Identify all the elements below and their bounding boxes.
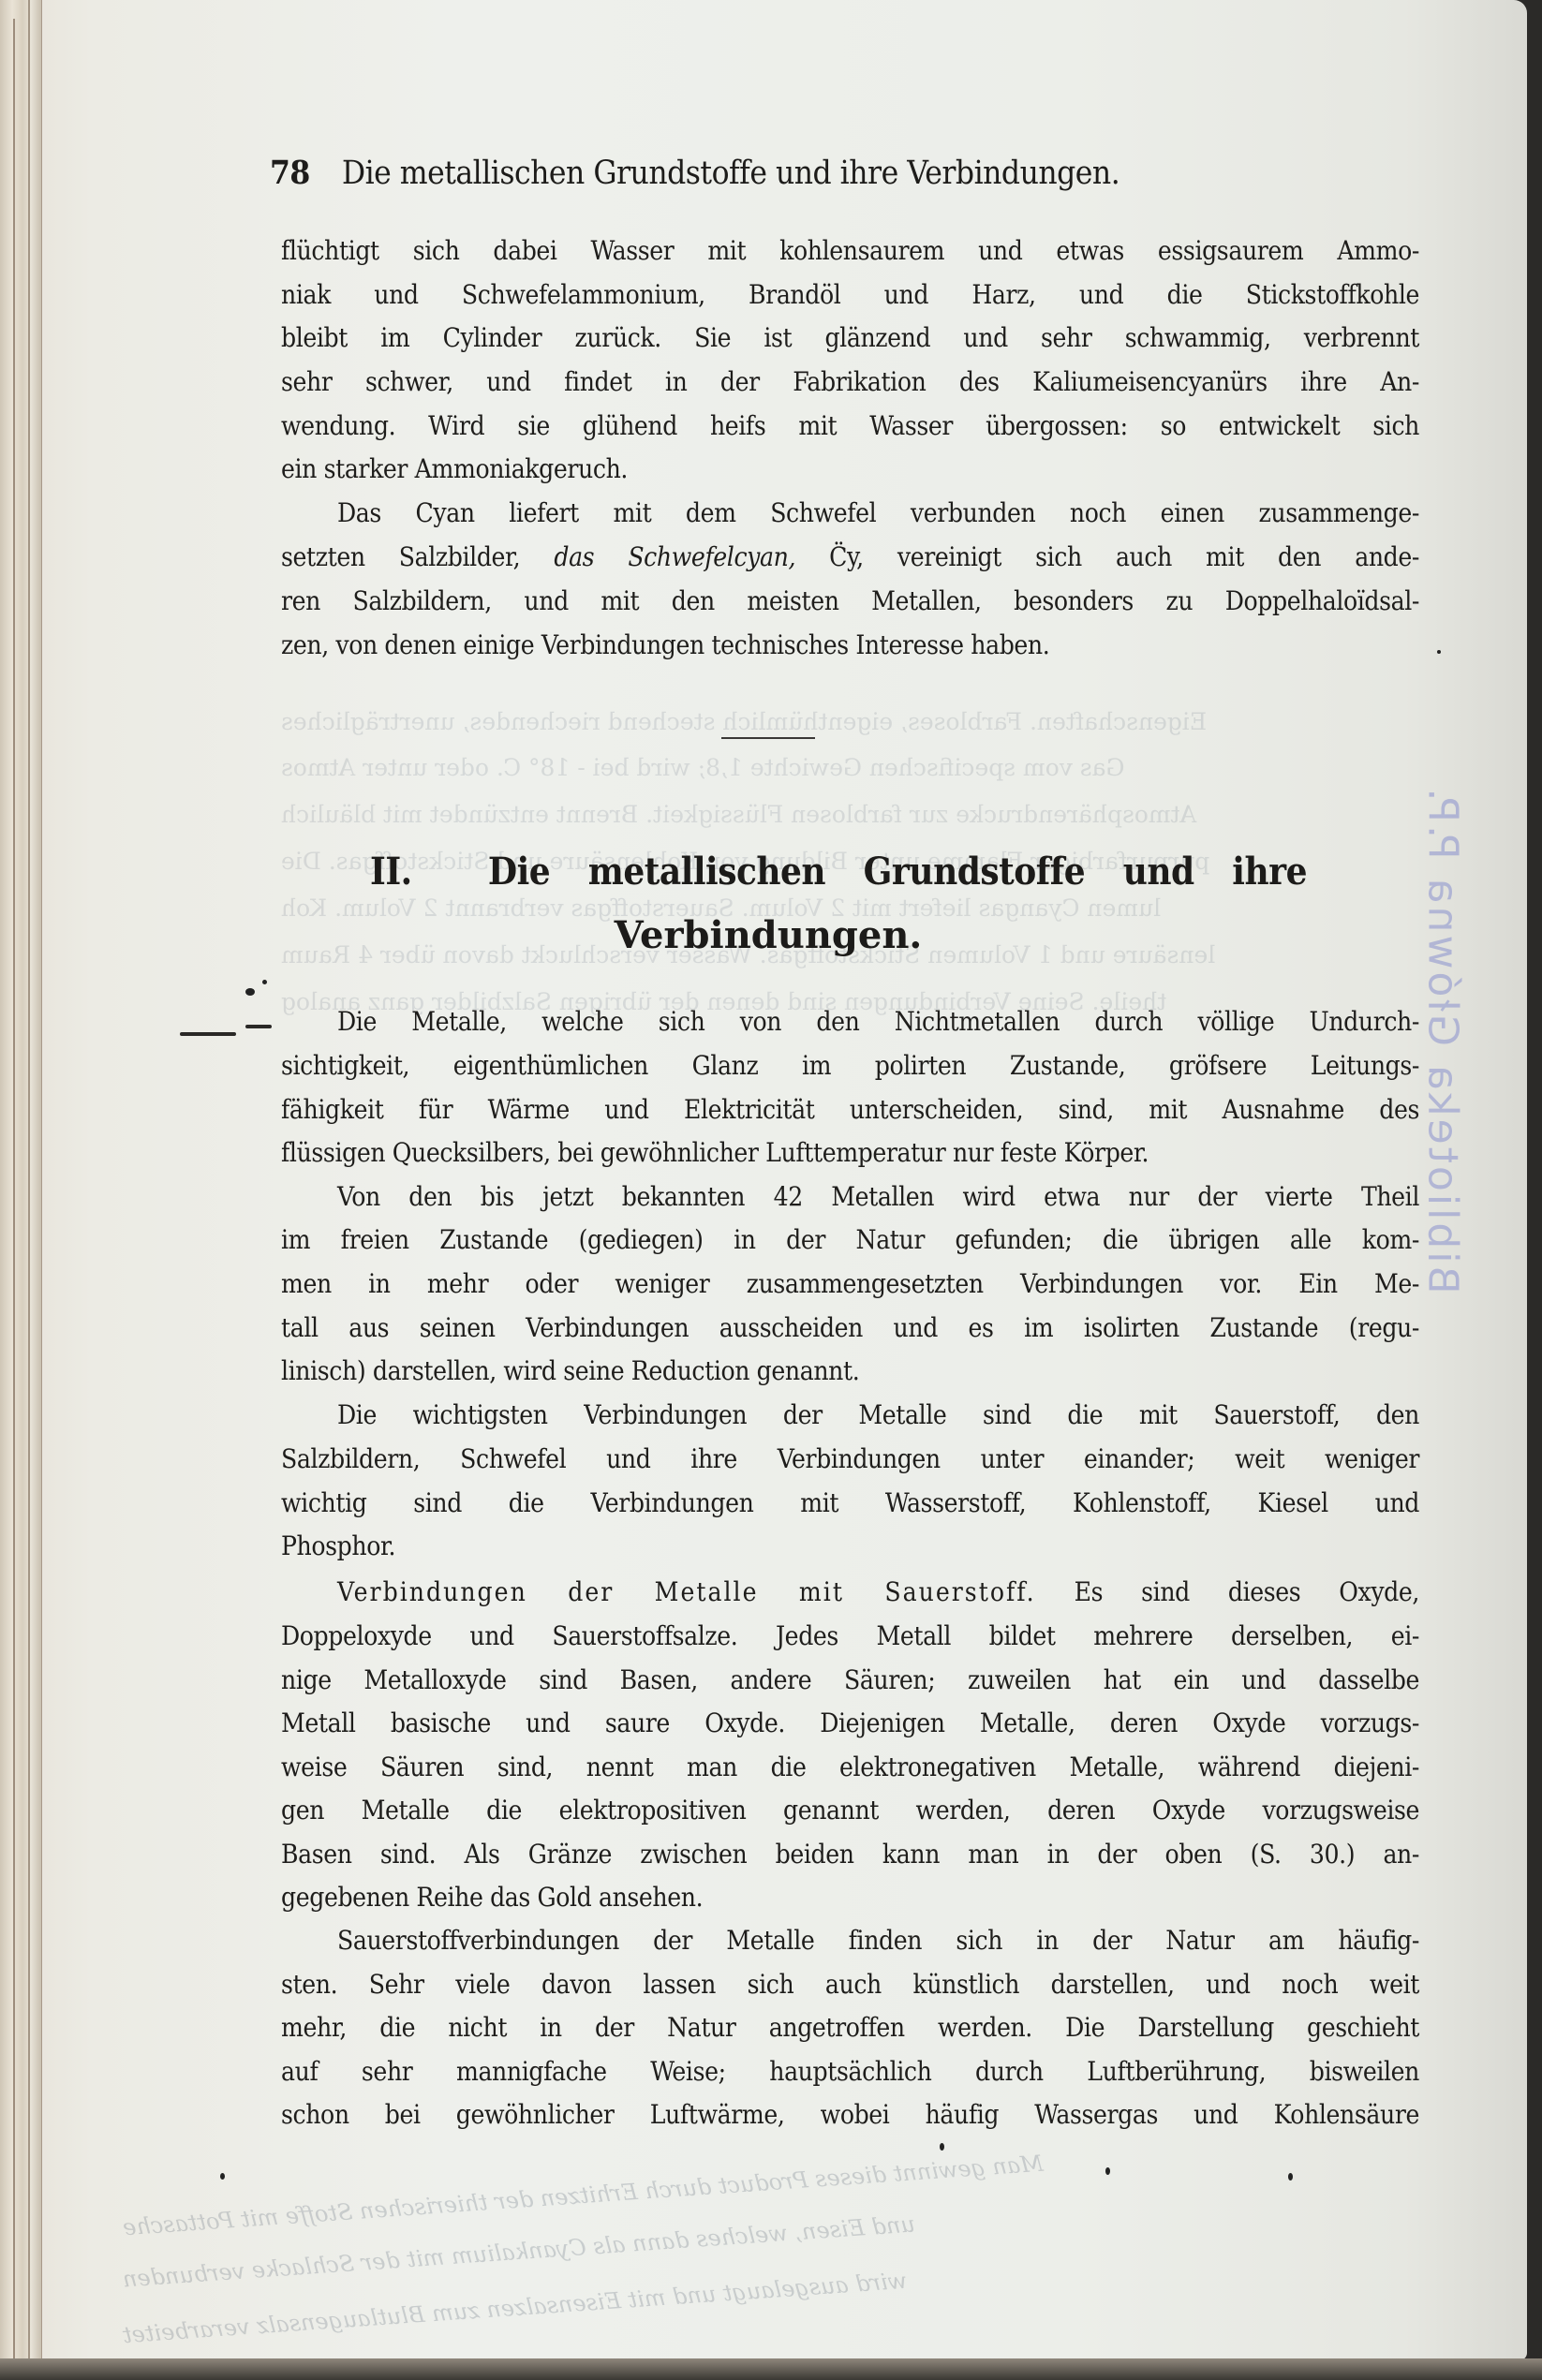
text-run: setzten Salzbilder,	[281, 541, 554, 572]
library-stamp-text: Biblioteka Główna P.P.	[1419, 785, 1467, 1293]
ink-dot	[245, 988, 255, 996]
text-line: wendung. Wird sie glühend heifs mit Wass…	[281, 410, 1419, 442]
text-line: fähigkeit für Wärme und Elektricität unt…	[281, 1094, 1419, 1126]
library-stamp: Biblioteka Główna P.P.	[1415, 712, 1471, 1367]
ink-dot	[262, 980, 267, 984]
text-line: wichtig sind die Verbindungen mit Wasser…	[281, 1487, 1419, 1519]
text-line: gegebenen Reihe das Gold ansehen.	[281, 1882, 1419, 1914]
italic-term: das Schwefelcyan,	[554, 541, 795, 572]
text-line: gen Metalle die elektropositiven genannt…	[281, 1795, 1419, 1826]
text-line: Verbindungen der Metalle mit Sauerstoff.…	[337, 1576, 1419, 1608]
section-divider-rule	[721, 737, 815, 739]
text-line: Von den bis jetzt bekannten 42 Metallen …	[337, 1181, 1419, 1213]
running-head: 78Die metallischen Grundstoffe und ihre …	[270, 154, 1282, 192]
ink-margin-mark	[245, 1025, 272, 1028]
text-line: linisch) darstellen, wird seine Reductio…	[281, 1355, 1419, 1387]
text-line: Doppeloxyde und Sauerstoffsalze. Jedes M…	[281, 1620, 1419, 1652]
ink-dot	[1105, 2167, 1110, 2175]
text-line: flüchtigt sich dabei Wasser mit kohlensa…	[281, 235, 1419, 267]
text-line: setzten Salzbilder, das Schwefelcyan, C̈…	[281, 541, 1419, 573]
ink-dot	[940, 2143, 944, 2151]
text-line: Salzbildern, Schwefel und ihre Verbindun…	[281, 1443, 1419, 1475]
text-line: bleibt im Cylinder zurück. Sie ist glänz…	[281, 322, 1419, 354]
text-line: niak und Schwefelammonium, Brandöl und H…	[281, 279, 1419, 311]
text-line: Basen sind. Als Gränze zwischen beiden k…	[281, 1839, 1419, 1870]
chemical-symbol: C̈y,	[795, 541, 864, 572]
text-line: zen, von denen einige Verbindungen techn…	[281, 629, 1419, 661]
spaced-heading-run: Verbindungen der Metalle mit Sauerstoff.	[337, 1576, 1036, 1607]
text-line: ren Salzbildern, und mit den meisten Met…	[281, 585, 1419, 617]
ink-dot	[1288, 2173, 1293, 2180]
text-line: tall aus seinen Verbindungen ausscheiden…	[281, 1312, 1419, 1344]
text-line: Metall basische und saure Oxyde. Diejeni…	[281, 1707, 1419, 1739]
text-line: Das Cyan liefert mit dem Schwefel verbun…	[337, 497, 1419, 529]
page-text: 78Die metallischen Grundstoffe und ihre …	[0, 0, 1542, 2380]
text-line: Die wichtigsten Verbindungen der Metalle…	[337, 1399, 1419, 1431]
text-run: vereinigt sich auch mit den ande-	[864, 541, 1419, 572]
text-line: Sauerstoffverbindungen der Metalle finde…	[337, 1925, 1419, 1957]
running-head-title: Die metallischen Grundstoffe und ihre Ve…	[342, 155, 1119, 192]
ink-dot	[220, 2173, 225, 2180]
text-line: Die Metalle, welche sich von den Nichtme…	[337, 1006, 1419, 1038]
text-line: sten. Sehr viele davon lassen sich auch …	[281, 1969, 1419, 2001]
section-title-line1: Die metallischen Grundstoffe und ihre	[488, 850, 1307, 894]
ink-margin-mark	[180, 1032, 236, 1036]
ink-dot	[646, 1238, 650, 1242]
text-run: Es sind dieses Oxyde,	[1036, 1576, 1419, 1607]
text-line: sehr schwer, und findet in der Fabrikati…	[281, 366, 1419, 398]
text-line: flüssigen Quecksilbers, bei gewöhnlicher…	[281, 1137, 1419, 1169]
page-number: 78	[270, 154, 310, 192]
section-heading: II. Die metallischen Grundstoffe und ihr…	[370, 850, 1307, 894]
text-line: sichtigkeit, eigenthümlichen Glanz im po…	[281, 1050, 1419, 1082]
text-line: schon bei gewöhnlicher Luftwärme, wobei …	[281, 2099, 1419, 2131]
text-line: mehr, die nicht in der Natur angetroffen…	[281, 2012, 1419, 2044]
page-bottom-edge	[0, 2358, 1542, 2380]
text-line: ein starker Ammoniakgeruch.	[281, 453, 1419, 485]
text-line: nige Metalloxyde sind Basen, andere Säur…	[281, 1664, 1419, 1696]
section-numeral: II.	[370, 850, 412, 894]
ink-dot	[1437, 650, 1441, 654]
section-title-line2: Verbindungen.	[506, 913, 1030, 957]
text-line: auf sehr mannigfache Weise; hauptsächlic…	[281, 2056, 1419, 2088]
text-line: men in mehr oder weniger zusammengesetzt…	[281, 1268, 1419, 1300]
text-line: weise Säuren sind, nennt man die elektro…	[281, 1752, 1419, 1783]
text-line: Phosphor.	[281, 1530, 1419, 1562]
text-line: im freien Zustande (gediegen) in der Nat…	[281, 1224, 1419, 1256]
